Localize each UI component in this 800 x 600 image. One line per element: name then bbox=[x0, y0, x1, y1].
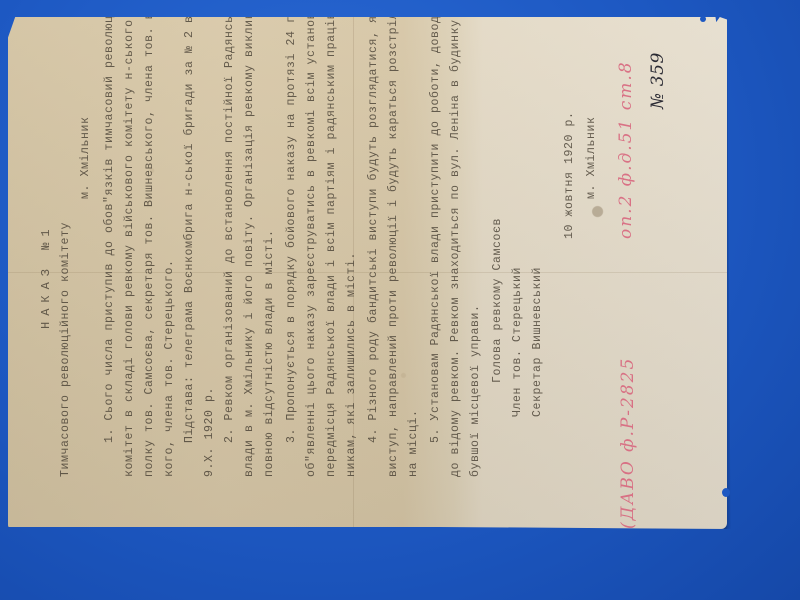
paper-tear bbox=[700, 16, 706, 22]
archive-note-red: (ДАВО ф.Р-2825 bbox=[618, 357, 638, 529]
signature-secretary: Секретар Вишневський bbox=[528, 267, 548, 417]
place-header: м. Хмільник bbox=[76, 116, 96, 199]
paragraph-line: об"явленні цього наказу зареєструватись … bbox=[302, 0, 322, 477]
paragraph-line: бувшої місцевої управи. bbox=[466, 304, 486, 477]
paragraph-line: влади в м. Хмільнику і його повіту. Орга… bbox=[240, 0, 260, 477]
paragraph-line: 4. Різного роду бандитські виступи будут… bbox=[364, 8, 384, 443]
paragraph-line: полку тов. Самсоєва, секретаря тов. Вишн… bbox=[140, 0, 160, 477]
order-issuer: Тимчасового революційного комітету bbox=[56, 222, 76, 477]
paragraph-line: комітет в складі голови ревкому військов… bbox=[120, 19, 140, 477]
order-title: НАКАЗ №1 bbox=[36, 223, 56, 329]
paragraph-line: повною відсутністю влади в місті. bbox=[260, 229, 280, 477]
archive-number-mark: № 359 bbox=[648, 52, 668, 109]
document-photo: НАКАЗ №1 Тимчасового революційного коміт… bbox=[0, 0, 800, 600]
typed-order-text: НАКАЗ №1 Тимчасового революційного коміт… bbox=[8, 17, 727, 529]
paper-sheet: НАКАЗ №1 Тимчасового революційного коміт… bbox=[8, 17, 727, 529]
paper-tear bbox=[722, 488, 730, 497]
paragraph-line: на місці. bbox=[404, 409, 424, 477]
paragraph-line: до відому ревком. Ревком знаходиться по … bbox=[446, 19, 466, 477]
order-date: 10 жовтня 1920 р. bbox=[560, 111, 580, 239]
paragraph-line: 5. Установам Радянської влади приступити… bbox=[426, 0, 446, 443]
paragraph-line: 3. Пропонується в порядку бойового наказ… bbox=[282, 0, 302, 443]
paragraph-line: виступ, направлений проти революції і бу… bbox=[384, 0, 404, 477]
paragraph-line: Підстава: телеграма Воєнкомбрига н-ської… bbox=[180, 0, 200, 443]
paragraph-line: 2. Ревком організований до встановлення … bbox=[220, 0, 240, 443]
paragraph-line: 9.X. 1920 р. bbox=[200, 387, 220, 477]
signature-chair: Голова ревкому Самсоєв bbox=[488, 218, 508, 383]
paragraph-line: 1. Сього числа приступив до обов"язків т… bbox=[100, 0, 120, 443]
signature-member: Член тов. Стерецький bbox=[508, 267, 528, 417]
place-footer: м. Хмільник bbox=[582, 116, 602, 199]
paragraph-line: кого, члена тов. Стерецького. bbox=[160, 259, 180, 477]
archive-note-red: оп.2 ф.д.51 ст.8 bbox=[616, 60, 636, 239]
paragraph-line: никам, які залишились в місті. bbox=[342, 252, 362, 477]
paragraph-line: передмісця Радянської влади і всім парті… bbox=[322, 4, 342, 477]
